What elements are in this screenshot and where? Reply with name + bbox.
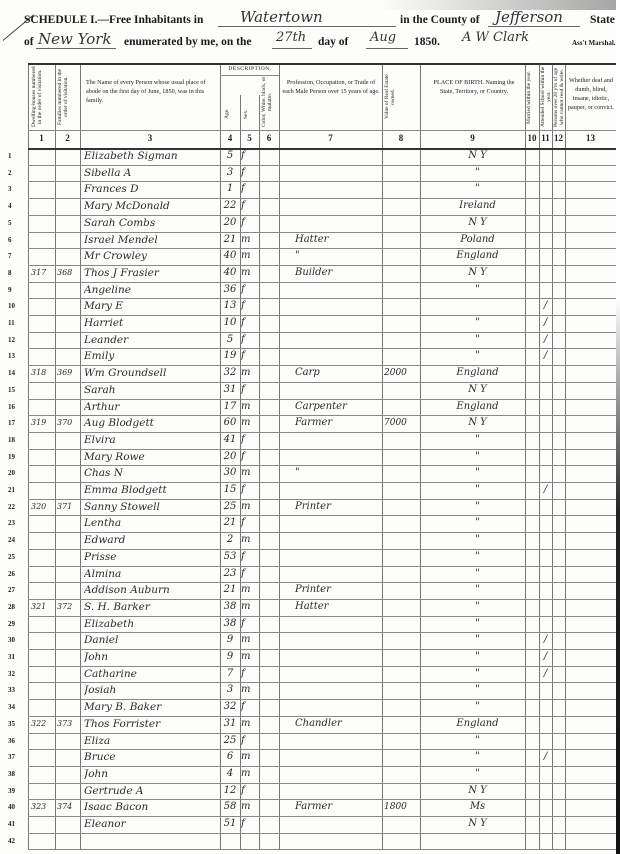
person-sex: f (241, 549, 259, 565)
birthplace: " (430, 582, 525, 598)
person-name: Addison Auburn (84, 582, 220, 598)
occupation: Carpenter (295, 399, 381, 415)
person-name: Elizabeth Sigman (84, 148, 220, 164)
person-name: Elizabeth (84, 616, 220, 632)
occupation: Chandler (295, 716, 381, 732)
attended-school-mark: / (539, 332, 552, 348)
birthplace: " (430, 766, 525, 782)
attended-school-mark: / (539, 298, 552, 314)
person-age: 60 (221, 415, 239, 431)
person-sex: f (241, 282, 259, 298)
person-name: Harriet (84, 315, 220, 331)
dwelling-number: 318 (31, 365, 55, 381)
birthplace: Ms (430, 799, 525, 815)
birthplace: " (430, 482, 525, 498)
row-number: 16 (8, 403, 28, 411)
person-sex: f (241, 198, 259, 214)
birthplace: N Y (430, 382, 525, 398)
birthplace: " (430, 165, 525, 181)
column-divider (259, 95, 260, 849)
person-name: Israel Mendel (84, 232, 220, 248)
attended-school-mark: / (539, 482, 552, 498)
person-sex: f (241, 515, 259, 531)
col-header-birthplace: PLACE OF BIRTH. Naming the State, Territ… (426, 78, 522, 96)
birthplace: " (430, 649, 525, 665)
person-name: Mr Crowley (84, 248, 220, 264)
col-header-age: Age. (224, 100, 238, 128)
person-name: Daniel (84, 632, 220, 648)
birthplace: " (430, 432, 525, 448)
person-age: 5 (221, 148, 239, 164)
person-sex: f (241, 298, 259, 314)
occupation: " (295, 248, 381, 264)
birthplace: " (430, 499, 525, 515)
person-name: Arthur (84, 399, 220, 415)
birthplace: " (430, 181, 525, 197)
person-age: 17 (221, 399, 239, 415)
birthplace: " (430, 465, 525, 481)
attended-school-mark: / (539, 315, 552, 331)
person-name: Gertrude A (84, 783, 220, 799)
birthplace: " (430, 348, 525, 364)
person-sex: m (241, 766, 259, 782)
person-sex: f (241, 482, 259, 498)
row-number: 20 (8, 469, 28, 477)
row-number: 33 (8, 686, 28, 694)
person-age: 12 (221, 783, 239, 799)
row-number: 30 (8, 636, 28, 644)
person-sex: f (241, 733, 259, 749)
person-age: 38 (221, 599, 239, 615)
person-name: S. H. Barker (84, 599, 220, 615)
row-number: 7 (8, 252, 28, 260)
birthplace: " (430, 532, 525, 548)
column-number: 11 (539, 133, 552, 143)
dwelling-number: 319 (31, 415, 55, 431)
row-number: 18 (8, 436, 28, 444)
person-name: Emily (84, 348, 220, 364)
person-age: 40 (221, 248, 239, 264)
person-name: Sarah Combs (84, 215, 220, 231)
row-number: 13 (8, 352, 28, 360)
row-number: 21 (8, 486, 28, 494)
birthplace: England (430, 399, 525, 415)
person-sex: f (241, 783, 259, 799)
person-age: 32 (221, 699, 239, 715)
row-number: 4 (8, 202, 28, 210)
birthplace: Poland (430, 232, 525, 248)
family-number: 372 (57, 599, 80, 615)
person-name: Sibella A (84, 165, 220, 181)
occupation: Builder (295, 265, 381, 281)
person-age: 21 (221, 232, 239, 248)
row-number: 32 (8, 670, 28, 678)
person-name: Thos Forrister (84, 716, 220, 732)
person-name: Leander (84, 332, 220, 348)
person-sex: m (241, 582, 259, 598)
person-name: Mary B. Baker (84, 699, 220, 715)
birthplace: N Y (430, 215, 525, 231)
person-age: 6 (221, 749, 239, 765)
person-sex: m (241, 649, 259, 665)
row-number: 24 (8, 536, 28, 544)
person-name: Thos J Frasier (84, 265, 220, 281)
col-header-disability: Whether deaf and dumb, blind, insane, id… (566, 76, 616, 112)
birthplace: " (430, 682, 525, 698)
occupation: Hatter (295, 232, 381, 248)
person-name: Aug Blodgett (84, 415, 220, 431)
person-age: 20 (221, 449, 239, 465)
row-number: 26 (8, 570, 28, 578)
occupation: Printer (295, 582, 381, 598)
person-name: Mary E (84, 298, 220, 314)
person-sex: m (241, 599, 259, 615)
birthplace: " (430, 566, 525, 582)
column-number: 9 (420, 133, 525, 143)
birthplace: N Y (430, 265, 525, 281)
real-estate-value: 1800 (384, 799, 420, 815)
family-number: 368 (57, 265, 80, 281)
person-age: 22 (221, 198, 239, 214)
person-name: Emma Blodgett (84, 482, 220, 498)
birthplace: England (430, 248, 525, 264)
person-sex: f (241, 816, 259, 832)
census-page: SCHEDULE I.—Free Inhabitants in Watertow… (0, 0, 620, 854)
column-number: 8 (382, 133, 420, 143)
birthplace: " (430, 282, 525, 298)
person-name: Eleanor (84, 816, 220, 832)
row-number: 6 (8, 236, 28, 244)
header-divider (28, 130, 616, 131)
birthplace: " (430, 749, 525, 765)
birthplace: England (430, 365, 525, 381)
person-name: Frances D (84, 181, 220, 197)
person-name: John (84, 649, 220, 665)
birthplace: N Y (430, 783, 525, 799)
person-age: 15 (221, 482, 239, 498)
person-name: John (84, 766, 220, 782)
row-number: 34 (8, 703, 28, 711)
person-sex: m (241, 465, 259, 481)
attended-school-mark: / (539, 348, 552, 364)
occupation: Farmer (295, 415, 381, 431)
col-header-illiterate: Persons over 20 y'rs of age who cannot r… (553, 66, 565, 128)
person-age: 58 (221, 799, 239, 815)
person-age: 53 (221, 549, 239, 565)
column-number: 5 (240, 133, 259, 143)
person-name: Sarah (84, 382, 220, 398)
person-sex: m (241, 365, 259, 381)
row-number: 15 (8, 386, 28, 394)
birthplace: " (430, 733, 525, 749)
person-age: 25 (221, 733, 239, 749)
dwelling-number: 317 (31, 265, 55, 281)
col-header-dwelling: Dwelling-houses numbered in the order of… (31, 66, 53, 128)
col-header-school: Attended School within the year. (540, 66, 552, 128)
person-sex: f (241, 315, 259, 331)
col-header-real-estate: Value of Real Estate owned. (384, 66, 418, 128)
birthplace: " (430, 699, 525, 715)
column-number: 6 (259, 133, 279, 143)
person-sex: f (241, 332, 259, 348)
birthplace: " (430, 332, 525, 348)
row-number: 35 (8, 720, 28, 728)
row-number: 12 (8, 336, 28, 344)
row-number: 2 (8, 169, 28, 177)
person-sex: f (241, 148, 259, 164)
person-age: 41 (221, 432, 239, 448)
person-sex: f (241, 616, 259, 632)
attended-school-mark: / (539, 666, 552, 682)
person-sex: f (241, 382, 259, 398)
person-age: 3 (221, 682, 239, 698)
person-name: Edward (84, 532, 220, 548)
person-age: 19 (221, 348, 239, 364)
person-name: Josiah (84, 682, 220, 698)
person-sex: f (241, 566, 259, 582)
birthplace: " (430, 599, 525, 615)
birthplace: " (430, 315, 525, 331)
person-age: 1 (221, 181, 239, 197)
row-number: 28 (8, 603, 28, 611)
column-number: 10 (525, 133, 539, 143)
birthplace: " (430, 515, 525, 531)
col-header-name: The Name of every Person whose usual pla… (86, 78, 216, 105)
person-name: Wm Groundsell (84, 365, 220, 381)
birthplace: N Y (430, 816, 525, 832)
person-sex: f (241, 449, 259, 465)
person-age: 10 (221, 315, 239, 331)
birthplace: " (430, 616, 525, 632)
person-age: 38 (221, 616, 239, 632)
person-sex: f (241, 181, 259, 197)
birthplace: " (430, 632, 525, 648)
person-sex: f (241, 215, 259, 231)
column-number: 4 (220, 133, 240, 143)
row-number: 14 (8, 369, 28, 377)
person-age: 51 (221, 816, 239, 832)
attended-school-mark: / (539, 649, 552, 665)
person-age: 36 (221, 282, 239, 298)
occupation: " (295, 465, 381, 481)
row-number: 39 (8, 787, 28, 795)
person-sex: f (241, 348, 259, 364)
row-number: 31 (8, 653, 28, 661)
row-number: 10 (8, 302, 28, 310)
person-name: Lentha (84, 515, 220, 531)
person-name: Sanny Stowell (84, 499, 220, 515)
row-number: 27 (8, 586, 28, 594)
person-age: 25 (221, 499, 239, 515)
row-number: 23 (8, 519, 28, 527)
person-name: Catharine (84, 666, 220, 682)
dwelling-number: 320 (31, 499, 55, 515)
col-header-sex: Sex. (243, 100, 257, 128)
real-estate-value: 2000 (384, 365, 420, 381)
person-sex: m (241, 265, 259, 281)
person-sex: m (241, 682, 259, 698)
row-number: 42 (8, 837, 28, 845)
attended-school-mark: / (539, 749, 552, 765)
person-age: 20 (221, 215, 239, 231)
person-sex: m (241, 632, 259, 648)
row-number: 19 (8, 453, 28, 461)
row-number: 22 (8, 503, 28, 511)
person-age: 4 (221, 766, 239, 782)
col-header-family: Families numbered in the order of visita… (57, 66, 79, 128)
person-age: 31 (221, 382, 239, 398)
family-number: 373 (57, 716, 80, 732)
col-header-description: DESCRIPTION. (222, 65, 278, 74)
family-number: 370 (57, 415, 80, 431)
col-header-color: Color, White, black, or mulatto. (261, 76, 277, 128)
person-age: 3 (221, 165, 239, 181)
person-age: 5 (221, 332, 239, 348)
row-number: 5 (8, 219, 28, 227)
person-sex: f (241, 432, 259, 448)
row-number: 9 (8, 286, 28, 294)
column-number: 1 (28, 133, 55, 143)
row-number: 40 (8, 803, 28, 811)
dwelling-number: 323 (31, 799, 55, 815)
row-number: 38 (8, 770, 28, 778)
person-age: 7 (221, 666, 239, 682)
attended-school-mark: / (539, 632, 552, 648)
row-number: 1 (8, 152, 28, 160)
person-name: Bruce (84, 749, 220, 765)
column-number: 12 (552, 133, 565, 143)
person-age: 32 (221, 365, 239, 381)
header-divider (28, 63, 616, 65)
row-divider (28, 833, 616, 834)
person-age: 23 (221, 566, 239, 582)
person-sex: f (241, 165, 259, 181)
person-age: 13 (221, 298, 239, 314)
person-age: 31 (221, 716, 239, 732)
birthplace: N Y (430, 148, 525, 164)
row-number: 11 (8, 319, 28, 327)
row-number: 25 (8, 553, 28, 561)
row-number: 29 (8, 620, 28, 628)
column-number: 3 (80, 133, 220, 143)
occupation: Hatter (295, 599, 381, 615)
real-estate-value: 7000 (384, 415, 420, 431)
person-name: Prisse (84, 549, 220, 565)
person-name: Elvira (84, 432, 220, 448)
person-name: Chas N (84, 465, 220, 481)
occupation: Printer (295, 499, 381, 515)
person-age: 9 (221, 632, 239, 648)
row-number: 41 (8, 820, 28, 828)
birthplace: N Y (430, 415, 525, 431)
person-sex: m (241, 248, 259, 264)
row-number: 36 (8, 737, 28, 745)
person-sex: m (241, 415, 259, 431)
dwelling-number: 321 (31, 599, 55, 615)
person-sex: m (241, 749, 259, 765)
family-number: 369 (57, 365, 80, 381)
row-number: 17 (8, 419, 28, 427)
person-age: 9 (221, 649, 239, 665)
family-number: 371 (57, 499, 80, 515)
row-divider (28, 849, 616, 850)
row-number: 8 (8, 269, 28, 277)
person-name: Angeline (84, 282, 220, 298)
person-name: Isaac Bacon (84, 799, 220, 815)
birthplace: " (430, 666, 525, 682)
column-number: 7 (279, 133, 382, 143)
row-number: 37 (8, 753, 28, 761)
person-age: 2 (221, 532, 239, 548)
birthplace: Ireland (430, 198, 525, 214)
person-sex: m (241, 799, 259, 815)
person-age: 30 (221, 465, 239, 481)
occupation: Carp (295, 365, 381, 381)
column-number: 13 (565, 133, 616, 143)
person-sex: m (241, 532, 259, 548)
person-sex: m (241, 232, 259, 248)
birthplace: England (430, 716, 525, 732)
person-sex: m (241, 716, 259, 732)
family-number: 374 (57, 799, 80, 815)
birthplace: " (430, 449, 525, 465)
person-name: Mary Rowe (84, 449, 220, 465)
person-age: 21 (221, 582, 239, 598)
person-name: Mary McDonald (84, 198, 220, 214)
scan-edge (616, 0, 620, 854)
person-name: Almina (84, 566, 220, 582)
occupation: Farmer (295, 799, 381, 815)
birthplace: " (430, 549, 525, 565)
person-sex: m (241, 399, 259, 415)
person-sex: m (241, 499, 259, 515)
col-header-married: Married within the year. (526, 66, 538, 128)
person-sex: f (241, 699, 259, 715)
col-header-occupation: Profession, Occupation, or Trade of each… (282, 78, 380, 96)
person-sex: f (241, 666, 259, 682)
dwelling-number: 322 (31, 716, 55, 732)
row-number: 3 (8, 185, 28, 193)
person-age: 21 (221, 515, 239, 531)
person-name: Eliza (84, 733, 220, 749)
person-age: 40 (221, 265, 239, 281)
column-number: 2 (55, 133, 80, 143)
